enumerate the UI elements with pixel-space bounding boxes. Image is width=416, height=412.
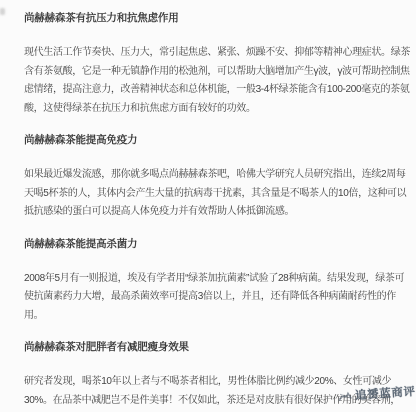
section-heading: 尚赫赫森茶对肥胖者有减肥瘦身效果 [24,338,410,357]
section-anti-stress: 尚赫赫森茶有抗压力和抗焦虑作用 现代生活工作节奏快、压力大，常引起焦虑、紧张、烦… [24,9,410,118]
section-paragraph: 如果最近爆发流感，那你就多喝点尚赫赫森茶吧，哈佛大学研究人员研究指出，连续2周每… [24,166,410,222]
section-heading: 尚赫赫森茶有抗压力和抗焦虑作用 [24,9,410,28]
section-paragraph: 2008年5月有一则报道，埃及有学者用“绿茶加抗菌素”试验了28种病菌。结果发现… [24,270,410,326]
section-weight-loss: 尚赫赫森茶对肥胖者有减肥瘦身效果 研究者发现，喝茶10年以上者与不喝茶者相比，男… [24,338,410,410]
section-paragraph: 研究者发现，喝茶10年以上者与不喝茶者相比，男性体脂比例约减少20%、女性可减少… [24,373,410,410]
section-immunity: 尚赫赫森茶能提高免疫力 如果最近爆发流感，那你就多喝点尚赫赫森茶吧，哈佛大学研究… [24,131,410,222]
edge-artifact [0,8,5,15]
article-page: 尚赫赫森茶有抗压力和抗焦虑作用 现代生活工作节奏快、压力大，常引起焦虑、紧张、烦… [0,0,416,412]
section-heading: 尚赫赫森茶能提高免疫力 [24,131,410,150]
section-heading: 尚赫赫森茶能提高杀菌力 [24,235,410,254]
section-antibacterial: 尚赫赫森茶能提高杀菌力 2008年5月有一则报道，埃及有学者用“绿茶加抗菌素”试… [24,235,410,326]
section-paragraph: 现代生活工作节奏快、压力大，常引起焦虑、紧张、烦躁不安、抑郁等精神心理症状。绿茶… [24,44,410,118]
